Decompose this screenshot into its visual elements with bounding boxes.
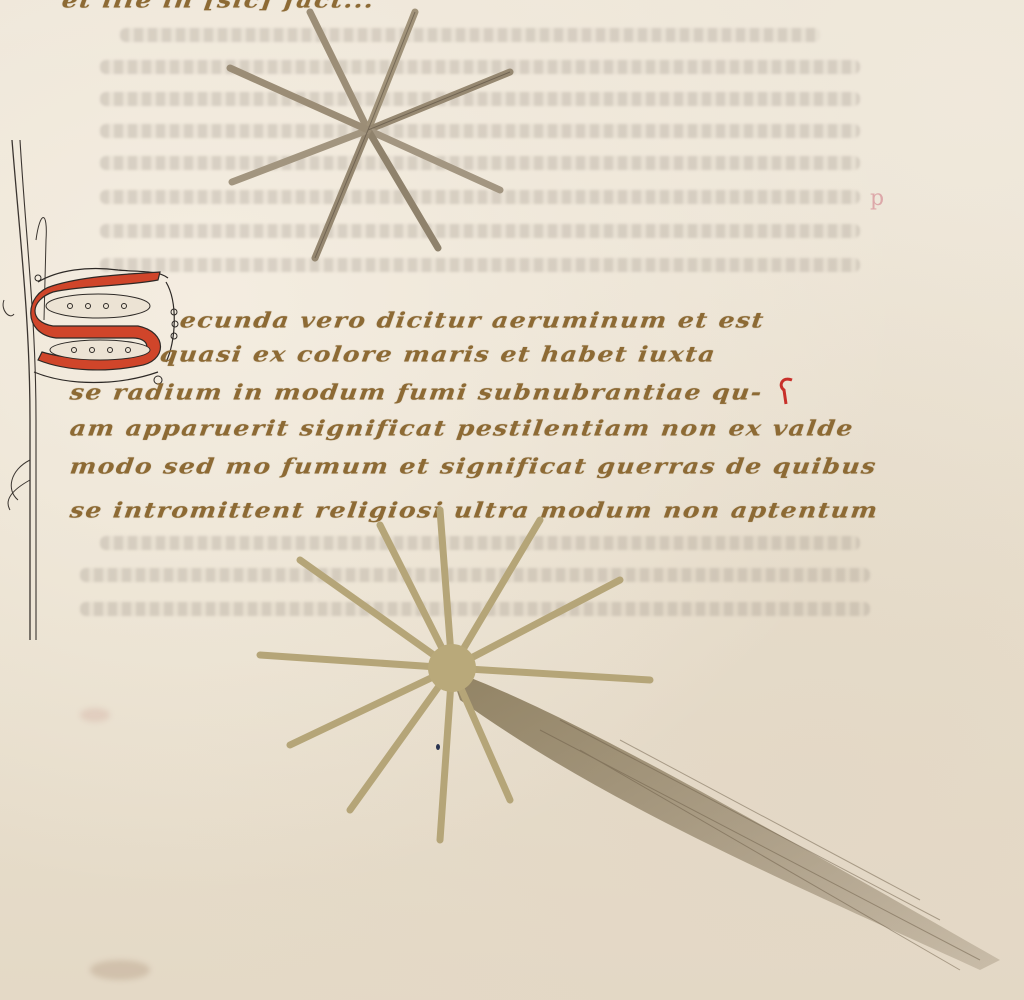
comet-star-icon (240, 500, 1020, 980)
text-line-5: modo sed mo fumum et significat guerras … (68, 454, 878, 479)
text-line-2: quasi ex colore maris et habet iuxta (158, 342, 717, 367)
margin-mark: p (870, 186, 884, 211)
eight-pointed-star-icon (220, 0, 520, 270)
stain (90, 960, 150, 980)
decorated-initial-s (8, 262, 183, 392)
stain (80, 708, 110, 722)
red-paragraph-mark-icon (778, 376, 794, 406)
text-line-1: ecunda vero dicitur aeruminum et est (178, 308, 766, 333)
ink-speck (436, 744, 440, 750)
text-line-4: am apparuerit significat pestilentiam no… (68, 416, 855, 441)
text-line-3: se radium in modum fumi subnubrantiae qu… (68, 380, 764, 405)
